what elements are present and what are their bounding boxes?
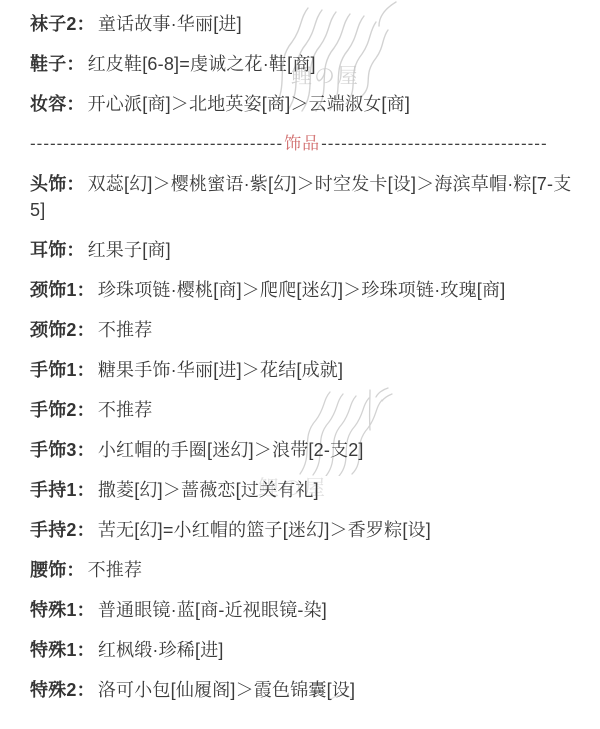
entry-row: 特殊1：红枫缎·珍稀[进] — [30, 637, 574, 663]
entry-label: 耳饰： — [30, 240, 85, 260]
entry-row: 手饰3：小红帽的手圈[迷幻]＞浪带[2-支2] — [30, 437, 574, 463]
entry-content: 不推荐 — [98, 400, 153, 420]
entry-label: 腰饰： — [30, 560, 85, 580]
entry-row: 颈饰1：珍珠项链·樱桃[商]＞爬爬[迷幻]＞珍珠项链·玫瑰[商] — [30, 277, 574, 303]
entry-label: 妆容： — [30, 94, 85, 114]
divider-dashes-right: ---------------------------------- — [321, 131, 547, 157]
entry-row: 袜子2：童话故事·华丽[进] — [30, 11, 574, 37]
entry-label: 手持2： — [30, 520, 95, 540]
entry-label: 鞋子： — [30, 54, 85, 74]
entry-label: 手饰2： — [30, 400, 95, 420]
entry-row: 手饰2：不推荐 — [30, 397, 574, 423]
guide-text-page: 袜子2：童话故事·华丽[进] 鞋子：红皮鞋[6-8]=虔诚之花·鞋[商] 妆容：… — [0, 0, 600, 703]
entry-label: 颈饰2： — [30, 320, 95, 340]
entry-content: 撒菱[幻]＞蔷薇恋[过关有礼] — [98, 480, 319, 500]
entry-label: 特殊1： — [30, 600, 95, 620]
entry-content: 珍珠项链·樱桃[商]＞爬爬[迷幻]＞珍珠项链·玫瑰[商] — [98, 280, 506, 300]
entry-content: 红果子[商] — [88, 240, 171, 260]
entry-row: 特殊1：普通眼镜·蓝[商-近视眼镜-染] — [30, 597, 574, 623]
entry-row: 耳饰：红果子[商] — [30, 237, 574, 263]
entry-content: 糖果手饰·华丽[进]＞花结[成就] — [98, 360, 343, 380]
entry-label: 手持1： — [30, 480, 95, 500]
entry-row: 手持2：苦无[幻]=小红帽的篮子[迷幻]＞香罗粽[设] — [30, 517, 574, 543]
entry-content: 普通眼镜·蓝[商-近视眼镜-染] — [98, 600, 327, 620]
entry-content: 红枫缎·珍稀[进] — [98, 640, 224, 660]
entry-label: 袜子2： — [30, 14, 95, 34]
entry-content: 童话故事·华丽[进] — [98, 14, 242, 34]
entry-content: 红皮鞋[6-8]=虔诚之花·鞋[商] — [88, 54, 316, 74]
divider-dashes-left: -------------------------------------- — [30, 131, 283, 157]
entry-content: 不推荐 — [98, 320, 153, 340]
entry-label: 颈饰1： — [30, 280, 95, 300]
divider-section-title: 饰品 — [283, 131, 321, 157]
entry-content: 不推荐 — [88, 560, 143, 580]
entry-row: 头饰：双蕊[幻]＞樱桃蜜语·紫[幻]＞时空发卡[设]＞海滨草帽·粽[7-支5] — [30, 171, 574, 223]
entry-content: 开心派[商]＞北地英姿[商]＞云端淑女[商] — [88, 94, 410, 114]
entry-row: 颈饰2：不推荐 — [30, 317, 574, 343]
entry-label: 手饰1： — [30, 360, 95, 380]
entry-row: 特殊2：洛可小包[仙履阁]＞霞色锦囊[设] — [30, 677, 574, 703]
entry-content: 洛可小包[仙履阁]＞霞色锦囊[设] — [98, 680, 355, 700]
entry-label: 特殊2： — [30, 680, 95, 700]
entry-row: 腰饰：不推荐 — [30, 557, 574, 583]
entry-content: 双蕊[幻]＞樱桃蜜语·紫[幻]＞时空发卡[设]＞海滨草帽·粽[7-支5] — [30, 174, 571, 220]
entry-label: 头饰： — [30, 174, 85, 194]
entry-row: 手持1：撒菱[幻]＞蔷薇恋[过关有礼] — [30, 477, 574, 503]
section-divider: --------------------------------------饰品… — [30, 131, 574, 157]
entry-row: 鞋子：红皮鞋[6-8]=虔诚之花·鞋[商] — [30, 51, 574, 77]
entry-label: 手饰3： — [30, 440, 95, 460]
entry-content: 苦无[幻]=小红帽的篮子[迷幻]＞香罗粽[设] — [98, 520, 431, 540]
entry-content: 小红帽的手圈[迷幻]＞浪带[2-支2] — [98, 440, 364, 460]
entry-label: 特殊1： — [30, 640, 95, 660]
entry-row: 手饰1：糖果手饰·华丽[进]＞花结[成就] — [30, 357, 574, 383]
entry-row: 妆容：开心派[商]＞北地英姿[商]＞云端淑女[商] — [30, 91, 574, 117]
